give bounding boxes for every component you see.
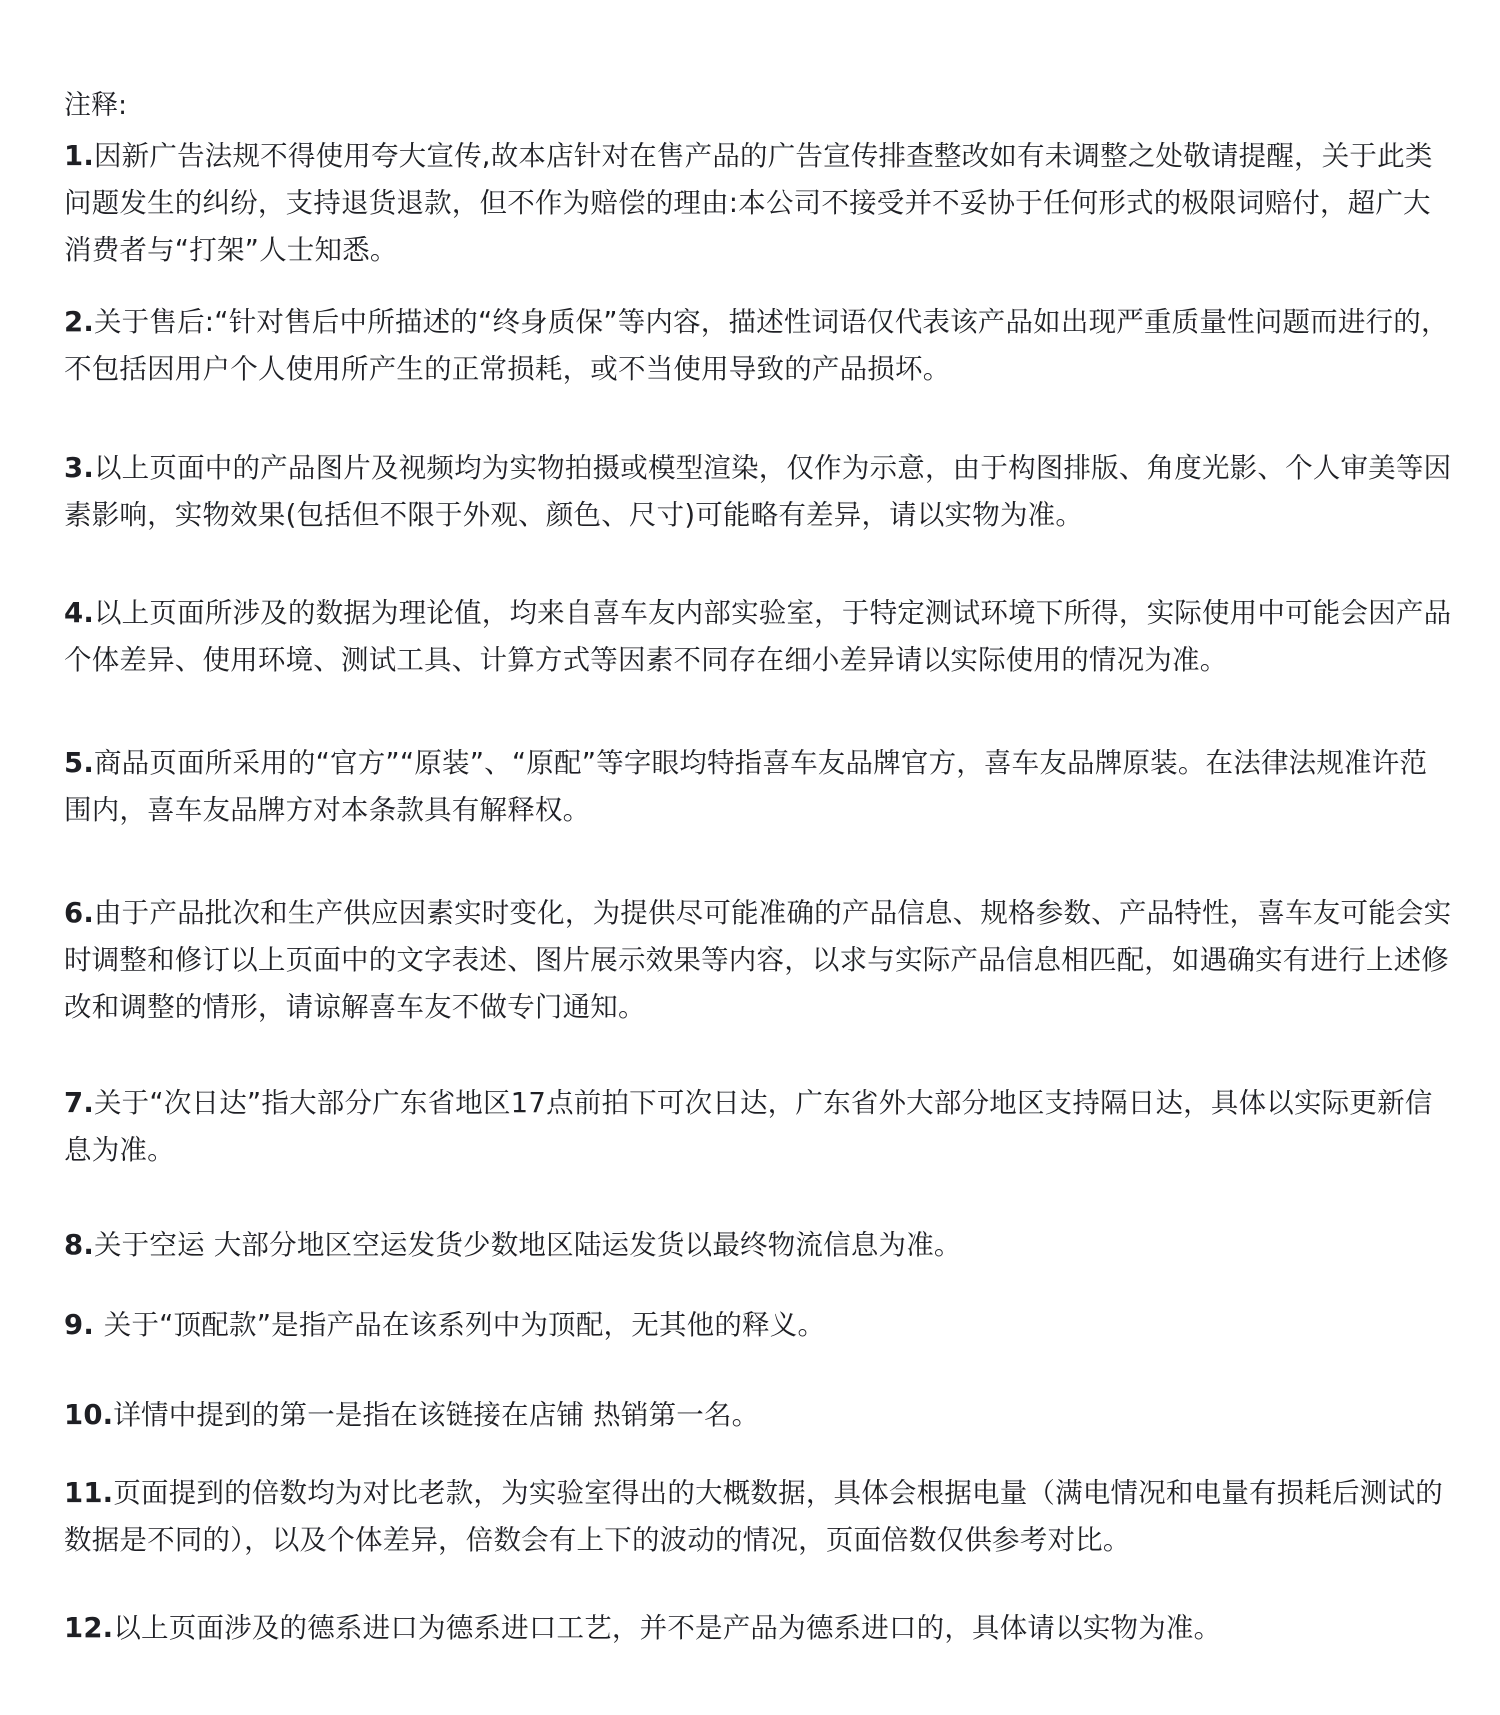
note-text: 关于“顶配款”是指产品在该系列中为顶配，无其他的释义。 <box>104 1309 825 1341</box>
note-text: 以上页面涉及的德系进口为德系进口工艺，并不是产品为德系进口的，具体请以实物为准。 <box>113 1612 1221 1644</box>
note-text: 由于产品批次和生产供应因素实时变化，为提供尽可能准确的产品信息、规格参数、产品特… <box>64 897 1451 1023</box>
note-number: 8. <box>64 1229 94 1261</box>
note-10: 10.详情中提到的第一是指在该链接在店铺 热销第一名。 <box>64 1392 1454 1439</box>
note-5: 5.商品页面所采用的“官方”“原装”、“原配”等字眼均特指喜车友品牌官方，喜车友… <box>64 740 1454 834</box>
note-number: 11. <box>64 1477 113 1509</box>
note-8: 8.关于空运 大部分地区空运发货少数地区陆运发货以最终物流信息为准。 <box>64 1222 1454 1269</box>
note-7: 7.关于“次日达”指大部分广东省地区17点前拍下可次日达，广东省外大部分地区支持… <box>64 1080 1454 1174</box>
note-number: 2. <box>64 306 94 338</box>
note-number: 12. <box>64 1612 113 1644</box>
note-text: 页面提到的倍数均为对比老款，为实验室得出的大概数据，具体会根据电量（满电情况和电… <box>64 1477 1443 1556</box>
note-4: 4.以上页面所涉及的数据为理论值，均来自喜车友内部实验室，于特定测试环境下所得，… <box>64 590 1454 684</box>
note-text: 关于售后:“针对售后中所描述的“终身质保”等内容，描述性词语仅代表该产品如出现严… <box>64 306 1449 385</box>
note-text: 以上页面中的产品图片及视频均为实物拍摄或模型渲染，仅作为示意，由于构图排版、角度… <box>64 452 1451 531</box>
note-12: 12.以上页面涉及的德系进口为德系进口工艺，并不是产品为德系进口的，具体请以实物… <box>64 1605 1454 1652</box>
note-11: 11.页面提到的倍数均为对比老款，为实验室得出的大概数据，具体会根据电量（满电情… <box>64 1470 1454 1564</box>
note-number: 9. <box>64 1309 104 1341</box>
note-3: 3.以上页面中的产品图片及视频均为实物拍摄或模型渲染，仅作为示意，由于构图排版、… <box>64 445 1454 539</box>
note-number: 6. <box>64 897 94 929</box>
note-9: 9. 关于“顶配款”是指产品在该系列中为顶配，无其他的释义。 <box>64 1302 1454 1349</box>
note-number: 7. <box>64 1087 94 1119</box>
note-number: 3. <box>64 452 94 484</box>
note-number: 4. <box>64 597 94 629</box>
note-text: 详情中提到的第一是指在该链接在店铺 热销第一名。 <box>113 1399 759 1431</box>
note-1: 1.因新广告法规不得使用夸大宣传,故本店针对在售产品的广告宣传排查整改如有未调整… <box>64 133 1454 274</box>
note-text: 关于“次日达”指大部分广东省地区17点前拍下可次日达，广东省外大部分地区支持隔日… <box>64 1087 1432 1166</box>
note-number: 10. <box>64 1399 113 1431</box>
note-6: 6.由于产品批次和生产供应因素实时变化，为提供尽可能准确的产品信息、规格参数、产… <box>64 890 1454 1031</box>
note-text: 以上页面所涉及的数据为理论值，均来自喜车友内部实验室，于特定测试环境下所得，实际… <box>64 597 1451 676</box>
note-text: 因新广告法规不得使用夸大宣传,故本店针对在售产品的广告宣传排查整改如有未调整之处… <box>64 140 1433 266</box>
note-number: 5. <box>64 747 94 779</box>
note-number: 1. <box>64 140 94 172</box>
note-text: 商品页面所采用的“官方”“原装”、“原配”等字眼均特指喜车友品牌官方，喜车友品牌… <box>64 747 1427 826</box>
note-2: 2.关于售后:“针对售后中所描述的“终身质保”等内容，描述性词语仅代表该产品如出… <box>64 299 1454 393</box>
notes-title: 注释: <box>64 86 127 126</box>
note-text: 关于空运 大部分地区空运发货少数地区陆运发货以最终物流信息为准。 <box>94 1229 962 1261</box>
